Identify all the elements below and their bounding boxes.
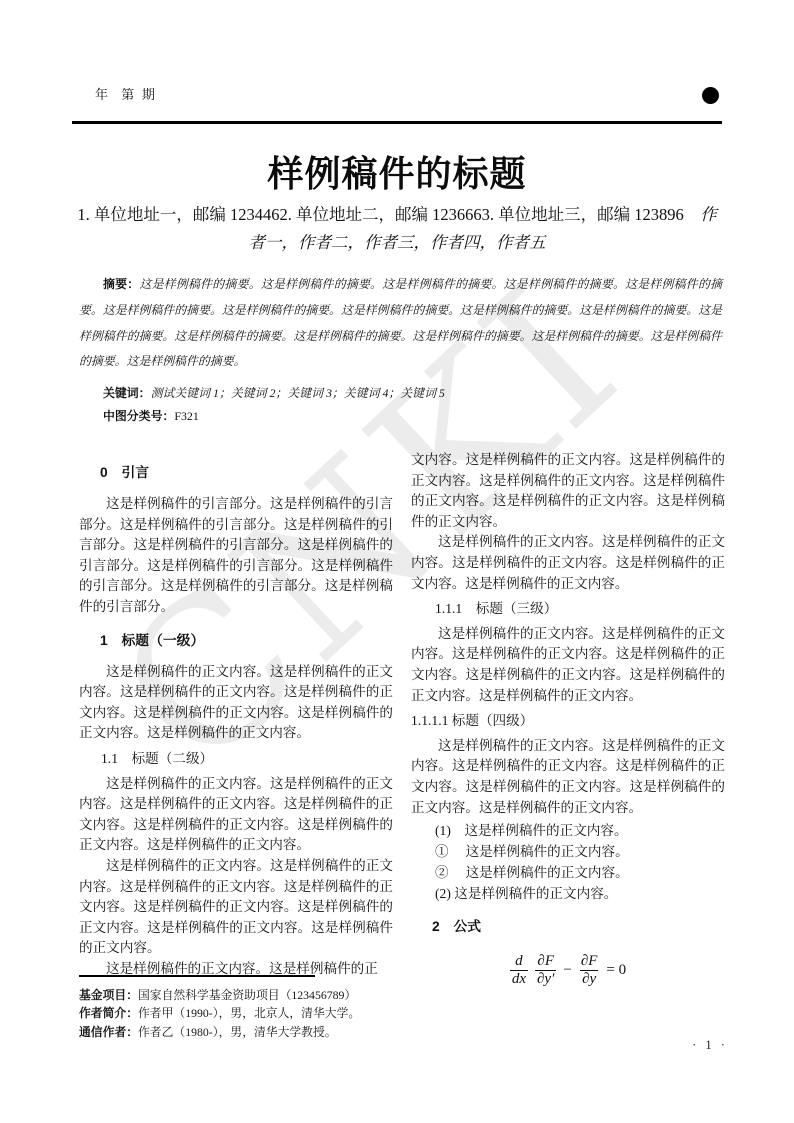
list-gap [451, 823, 465, 838]
byline-separator [684, 205, 701, 224]
heading-level1: 1 标题（一级） [79, 631, 393, 651]
document-page: CNKI 年 第 期 样例稿件的标题 1. 单位地址一，邮编 1234462. … [0, 0, 794, 1123]
list-item: (1) 这是样例稿件的正文内容。 [411, 820, 725, 841]
paragraph-body: 这是样例稿件的正文内容。这是样例稿件的正文内容。这是样例稿件的正文内容。这是样例… [411, 736, 725, 818]
numbered-list: (1) 这是样例稿件的正文内容。 ① 这是样例稿件的正文内容。 ② 这是样例稿件… [411, 820, 725, 904]
list-item: ② 这是样例稿件的正文内容。 [411, 862, 725, 883]
euler-lagrange-formula: d dx ∂F ∂y′ − ∂F ∂y = 0 [411, 953, 725, 988]
footnote-text: 作者甲（1990-），男，北京人，清华大学。 [138, 1006, 360, 1020]
clc-value: F321 [174, 409, 198, 423]
paragraph-intro: 这是样例稿件的引言部分。这是样例稿件的引言部分。这是样例稿件的引言部分。这是样例… [79, 494, 393, 618]
heading-level3: 1.1.1 标题（三级） [411, 599, 725, 620]
footnotes: 基金项目：国家自然科学基金资助项目（123456789） 作者简介：作者甲（19… [79, 975, 399, 1041]
fraction-denominator: ∂y′ [535, 970, 556, 988]
affiliation-text: 1. 单位地址一，邮编 1234462. 单位地址二，邮编 1236663. 单… [77, 205, 683, 224]
footnote-corresponding-author: 通信作者：作者乙（1980-），男，清华大学教授。 [79, 1023, 399, 1042]
list-gap [449, 865, 466, 880]
paragraph-body: 这是样例稿件的正文内容。这是样例稿件的正文内容。这是样例稿件的正文内容。这是样例… [79, 856, 393, 959]
fraction-dF-dyprime: ∂F ∂y′ [535, 953, 556, 988]
journal-issue-label: 年 第 期 [95, 84, 157, 103]
article-title: 样例稿件的标题 [0, 146, 794, 197]
header-dot-icon [702, 87, 719, 104]
fraction-numerator: ∂F [579, 953, 600, 970]
footnote-label: 作者简介： [79, 1006, 138, 1020]
footnote-rule [79, 975, 315, 977]
keywords-text: 测试关键词 1；关键词 2；关键词 3；关键词 4；关键词 5 [151, 386, 445, 400]
list-marker: (2) [435, 886, 451, 901]
footnote-author-bio: 作者简介：作者甲（1990-），男，北京人，清华大学。 [79, 1004, 399, 1023]
list-marker: ② [435, 865, 449, 880]
fraction-denominator: dx [510, 970, 528, 988]
fraction-dF-dy: ∂F ∂y [579, 953, 600, 988]
footnote-label: 基金项目： [79, 988, 138, 1002]
paragraph-body: 这是样例稿件的正文内容。这是样例稿件的正文内容。这是样例稿件的正文内容。这是样例… [79, 662, 393, 744]
frontmatter: 摘要：这是样例稿件的摘要。这是样例稿件的摘要。这是样例稿件的摘要。这是样例稿件的… [79, 272, 722, 428]
footnote-text: 国家自然科学基金资助项目（123456789） [138, 988, 356, 1002]
heading-level4: 1.1.1.1 标题（四级） [411, 711, 725, 732]
list-text: 这是样例稿件的正文内容。 [454, 886, 617, 901]
fraction-denominator: ∂y [580, 970, 598, 988]
abstract-text: 这是样例稿件的摘要。这是样例稿件的摘要。这是样例稿件的摘要。这是样例稿件的摘要。… [79, 277, 722, 368]
paragraph-body: 这是样例稿件的正文内容。这是样例稿件的正文内容。这是样例稿件的正文内容。这是样例… [411, 624, 725, 706]
list-gap [449, 844, 466, 859]
page-number: · 1 · [660, 1038, 760, 1053]
fraction-d-dx: d dx [510, 953, 528, 988]
footnote-label: 通信作者： [79, 1025, 138, 1039]
abstract-label: 摘要： [103, 277, 139, 291]
paragraph-continuation: 文内容。这是样例稿件的正文内容。这是样例稿件的正文内容。这是样例稿件的正文内容。… [411, 450, 725, 532]
column-left: 0 引言 这是样例稿件的引言部分。这是样例稿件的引言部分。这是样例稿件的引言部分… [79, 450, 393, 979]
paragraph-body: 这是样例稿件的正文内容。这是样例稿件的正文内容。这是样例稿件的正文内容。这是样例… [79, 774, 393, 856]
fraction-numerator: d [513, 953, 525, 970]
list-text: 这是样例稿件的正文内容。 [464, 823, 627, 838]
footnote-text: 作者乙（1980-），男，清华大学教授。 [138, 1025, 337, 1039]
clc-label: 中图分类号： [103, 409, 174, 423]
heading-formula-section: 2 公式 [411, 917, 725, 937]
keywords-line: 关键词：测试关键词 1；关键词 2；关键词 3；关键词 4；关键词 5 [79, 382, 722, 405]
list-marker: ① [435, 844, 449, 859]
minus-operator: − [563, 960, 571, 981]
footnote-fund: 基金项目：国家自然科学基金资助项目（123456789） [79, 986, 399, 1005]
list-marker: (1) [435, 823, 451, 838]
list-item: ① 这是样例稿件的正文内容。 [411, 841, 725, 862]
formula-rhs: = 0 [606, 960, 626, 981]
list-text: 这是样例稿件的正文内容。 [466, 844, 629, 859]
heading-level2: 1.1 标题（二级） [79, 749, 393, 770]
header-rule [72, 121, 722, 124]
byline: 1. 单位地址一，邮编 1234462. 单位地址二，邮编 1236663. 单… [73, 201, 721, 256]
abstract-paragraph: 摘要：这是样例稿件的摘要。这是样例稿件的摘要。这是样例稿件的摘要。这是样例稿件的… [79, 272, 722, 375]
heading-introduction: 0 引言 [79, 463, 393, 483]
keywords-label: 关键词： [103, 386, 151, 400]
fraction-numerator: ∂F [535, 953, 556, 970]
list-item: (2) 这是样例稿件的正文内容。 [411, 883, 725, 904]
clc-line: 中图分类号：F321 [79, 405, 722, 428]
list-text: 这是样例稿件的正文内容。 [466, 865, 629, 880]
paragraph-body: 这是样例稿件的正文内容。这是样例稿件的正文内容。这是样例稿件的正文内容。这是样例… [411, 532, 725, 594]
column-right: 文内容。这是样例稿件的正文内容。这是样例稿件的正文内容。这是样例稿件的正文内容。… [411, 450, 725, 988]
